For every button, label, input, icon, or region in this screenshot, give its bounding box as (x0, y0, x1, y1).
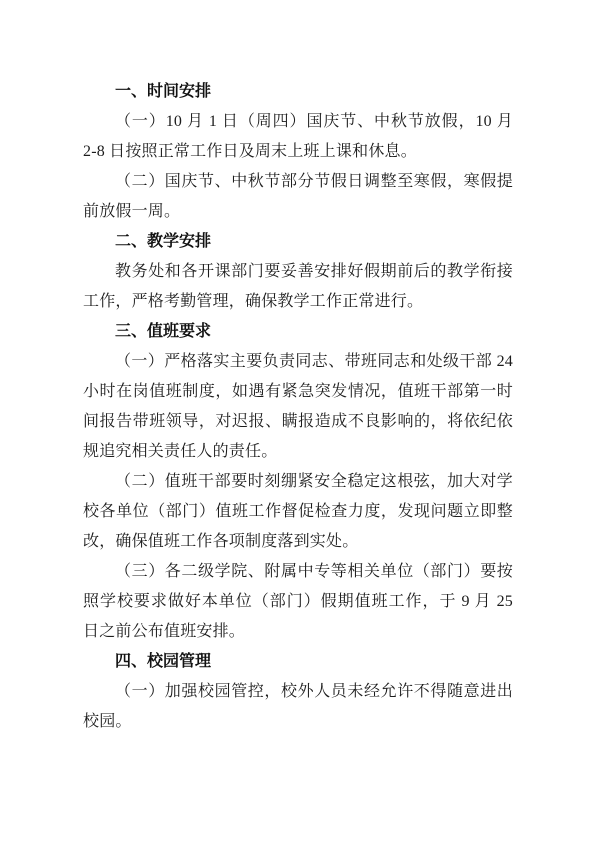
document-page: 一、时间安排 （一）10 月 1 日（周四）国庆节、中秋节放假，10 月 2-8… (0, 0, 596, 842)
paragraph-holiday-adjustment: （二）国庆节、中秋节部分节假日调整至寒假，寒假提前放假一周。 (83, 167, 513, 227)
paragraph-duty-schedule-publish: （三）各二级学院、附属中专等相关单位（部门）要按照学校要求做好本单位（部门）假期… (83, 557, 513, 647)
paragraph-duty-24h-system: （一）严格落实主要负责同志、带班同志和处级干部 24 小时在岗值班制度，如遇有紧… (83, 347, 513, 467)
section-heading-duty-requirements: 三、值班要求 (83, 317, 513, 347)
paragraph-teaching-continuity: 教务处和各开课部门要妥善安排好假期前后的教学衔接工作，严格考勤管理，确保教学工作… (83, 257, 513, 317)
paragraph-holiday-dates: （一）10 月 1 日（周四）国庆节、中秋节放假，10 月 2-8 日按照正常工… (83, 107, 513, 167)
document-body: 一、时间安排 （一）10 月 1 日（周四）国庆节、中秋节放假，10 月 2-8… (83, 77, 513, 737)
paragraph-duty-supervision: （二）值班干部要时刻绷紧安全稳定这根弦，加大对学校各单位（部门）值班工作督促检查… (83, 467, 513, 557)
paragraph-campus-access-control: （一）加强校园管控，校外人员未经允许不得随意进出校园。 (83, 677, 513, 737)
section-heading-teaching-arrangement: 二、教学安排 (83, 227, 513, 257)
section-heading-campus-management: 四、校园管理 (83, 647, 513, 677)
section-heading-time-arrangement: 一、时间安排 (83, 77, 513, 107)
